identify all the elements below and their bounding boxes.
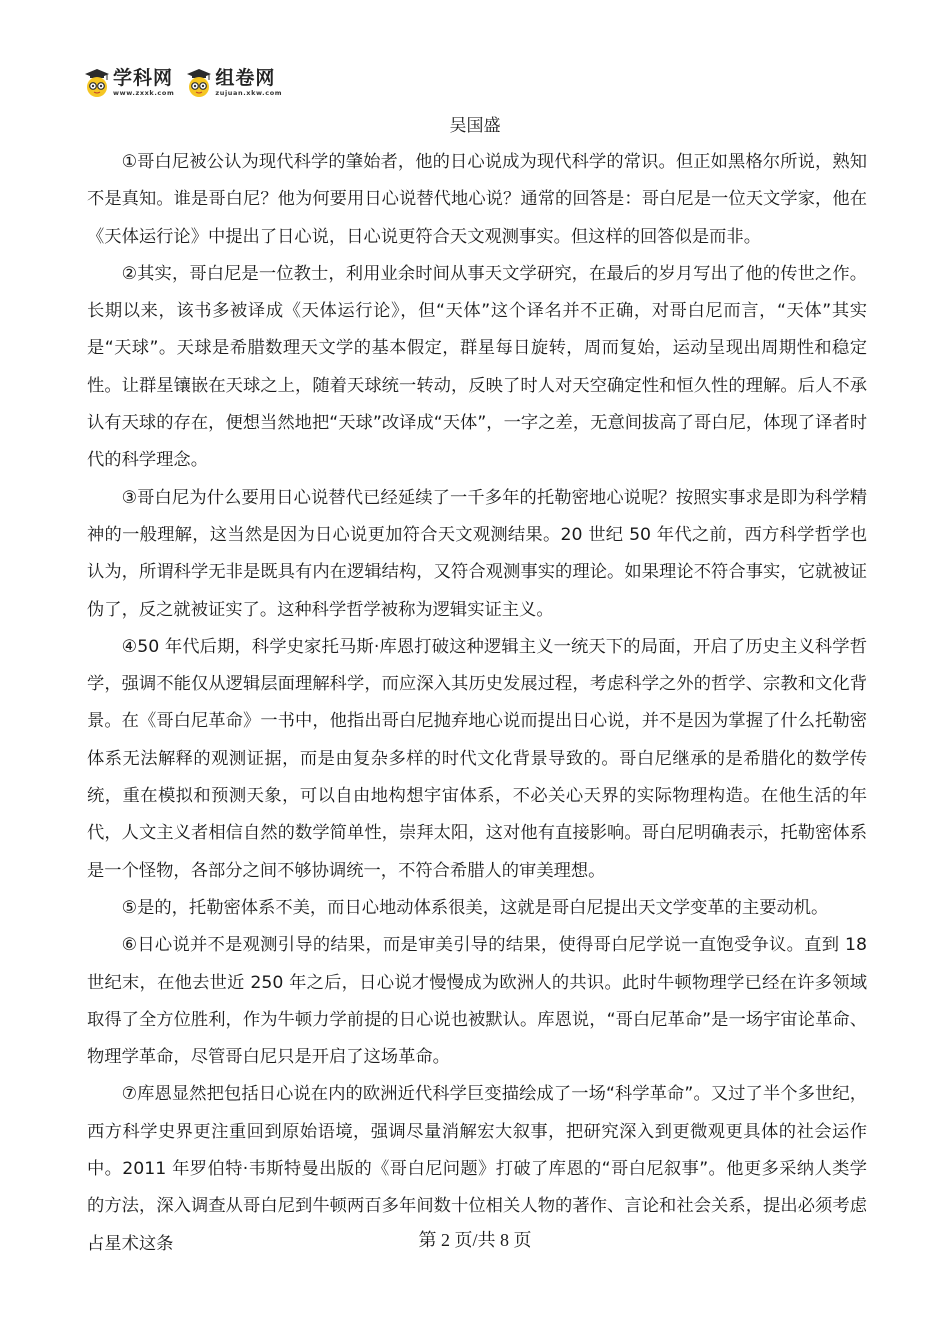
logo-url: zujuan.xkw.com: [215, 90, 282, 97]
mascot-icon: [186, 68, 212, 98]
logo-zujuan: 组卷网 zujuan.xkw.com: [186, 68, 282, 98]
paragraph-5: ⑤是的，托勒密体系不美，而日心地动体系很美，这就是哥白尼提出天文学变革的主要动机…: [87, 890, 867, 927]
article-author: 吴国盛: [0, 114, 950, 138]
paragraph-1: ①哥白尼被公认为现代科学的肇始者，他的日心说成为现代科学的常识。但正如黑格尔所说…: [87, 144, 867, 256]
paragraph-4: ④50 年代后期，科学史家托马斯·库恩打破这种逻辑主义一统天下的局面，开启了历史…: [87, 629, 867, 890]
logo-xueke: 学科网 www.zxxk.com: [84, 68, 174, 98]
logo-url: www.zxxk.com: [113, 90, 174, 97]
mascot-icon: [84, 68, 110, 98]
paragraph-3: ③哥白尼为什么要用日心说替代已经延续了一千多年的托勒密地心说呢？按照实事求是即为…: [87, 480, 867, 629]
page-number: 第 2 页/共 8 页: [0, 1228, 950, 1252]
paragraph-6: ⑥日心说并不是观测引导的结果，而是审美引导的结果，使得哥白尼学说一直饱受争议。直…: [87, 927, 867, 1076]
logo-title: 学科网: [113, 69, 174, 88]
logo-title: 组卷网: [215, 69, 282, 88]
article-body: ①哥白尼被公认为现代科学的肇始者，他的日心说成为现代科学的常识。但正如黑格尔所说…: [87, 144, 867, 1263]
header-logos: 学科网 www.zxxk.com 组卷网 zujuan.xkw.com: [84, 68, 282, 98]
paragraph-2: ②其实，哥白尼是一位教士，利用业余时间从事天文学研究，在最后的岁月写出了他的传世…: [87, 256, 867, 480]
